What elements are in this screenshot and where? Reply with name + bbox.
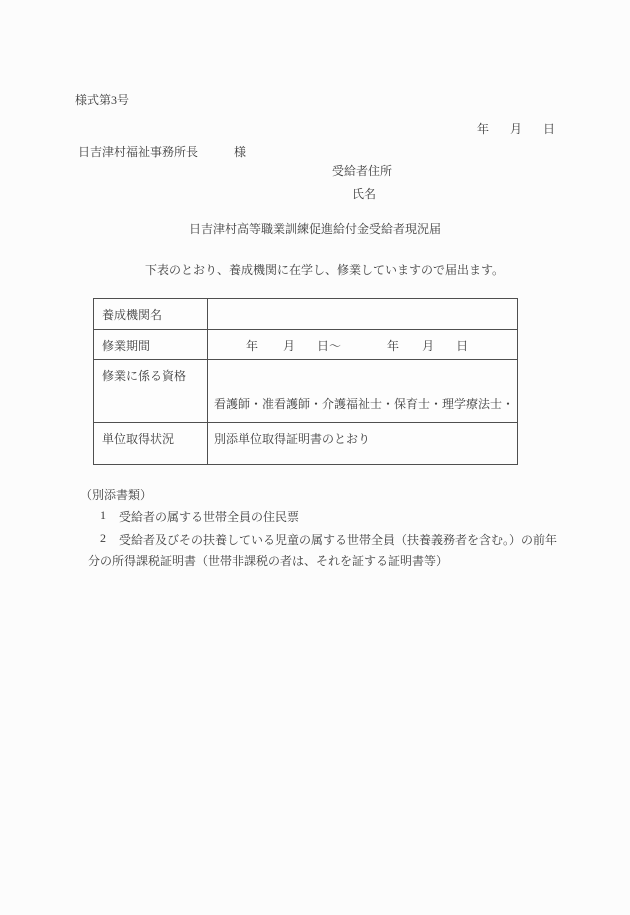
attachment-item-2-number: 2 [100,531,106,548]
table-row-period: 修業期間 年 月 日～ 年 月 日 [94,329,517,359]
name-label: 氏名 [352,187,376,202]
period-from-day: 日～ [317,337,341,359]
document-page: 様式第3号 年 月 日 日吉津村福祉事務所長 様 受給者住所 氏名 日吉津村高等… [0,0,630,915]
institution-label: 養成機関名 [94,299,208,329]
attachments-heading: （別添書類） [80,488,152,503]
form-number: 様式第3号 [75,93,129,108]
institution-value [208,299,517,329]
recipient-address-label: 受給者住所 [332,164,392,179]
attachment-item-1-text: 受給者の属する世帯全員の住民票 [119,508,299,525]
date-year-label: 年 [477,120,489,137]
period-label: 修業期間 [94,330,208,359]
qualification-line-1: 看護師・准看護師・介護福祉士・保育士・理学療法士・ [214,394,513,415]
attachment-item-2-text-line1: 受給者及びその扶養している児童の属する世帯全員（扶養義務者を含む。）の前年 [119,531,557,548]
credits-value: 別添単位取得証明書のとおり [208,423,517,464]
table-row-institution: 養成機関名 [94,299,517,329]
period-to-month: 月 [422,337,434,359]
date-line: 年 月 日 [477,120,555,137]
date-month-label: 月 [510,120,522,137]
table-row-credits: 単位取得状況 別添単位取得証明書のとおり [94,422,517,464]
attachment-item-2: 2 受給者及びその扶養している児童の属する世帯全員（扶養義務者を含む。）の前年 [100,531,557,548]
period-value: 年 月 日～ 年 月 日 [208,330,517,359]
qualification-label: 修業に係る資格 [94,360,208,422]
addressee-line: 日吉津村福祉事務所長 様 [78,143,246,160]
date-day-label: 日 [543,120,555,137]
attachment-item-1-number: 1 [100,508,106,525]
addressee: 日吉津村福祉事務所長 [78,143,198,160]
qualification-value: 看護師・准看護師・介護福祉士・保育士・理学療法士・ 作業療法士・理容師・美容師・… [208,360,517,422]
intro-text: 下表のとおり、養成機関に在学し、修業していますので届出ます。 [145,263,504,278]
document-title: 日吉津村高等職業訓練促進給付金受給者現況届 [0,222,630,237]
honorific: 様 [234,143,246,160]
table-row-qualification: 修業に係る資格 看護師・准看護師・介護福祉士・保育士・理学療法士・ 作業療法士・… [94,359,517,422]
status-table: 養成機関名 修業期間 年 月 日～ 年 月 日 修業に係る資格 看護師・准看護師… [93,298,518,465]
period-to-day: 日 [456,337,468,359]
period-from-month: 月 [283,337,295,359]
attachment-item-2-text-line2: 分の所得課税証明書（世帯非課税の者は、それを証する証明書等） [88,554,448,569]
credits-label: 単位取得状況 [94,423,208,464]
period-to-year: 年 [387,337,399,359]
period-from-year: 年 [246,337,258,359]
attachment-item-1: 1 受給者の属する世帯全員の住民票 [100,508,299,525]
